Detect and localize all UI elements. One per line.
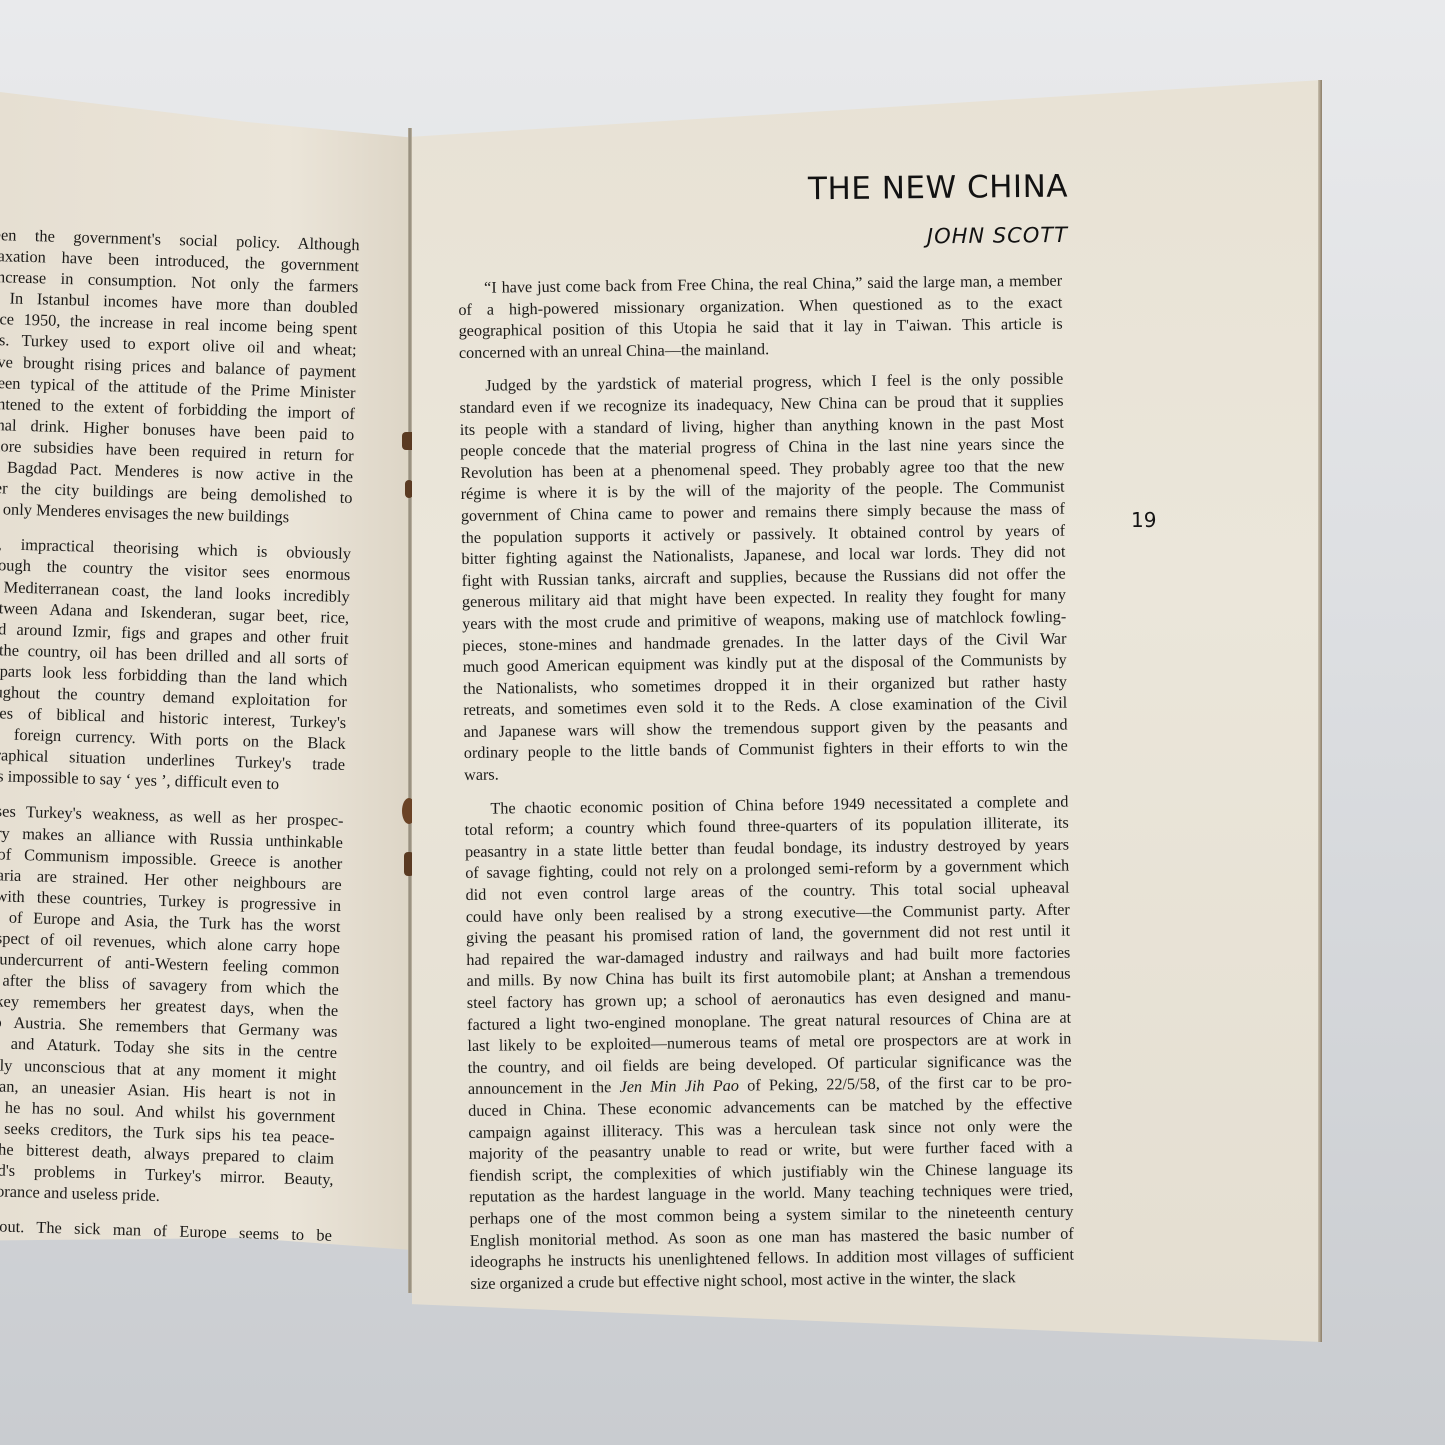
article-body: “I have just come back from Free China, … xyxy=(458,271,1074,1302)
article-title: THE NEW CHINA xyxy=(790,169,1068,208)
paragraph: Judged by the yardstick of material prog… xyxy=(459,369,1068,787)
page-number: 19 xyxy=(1131,508,1156,532)
right-page-edge xyxy=(1318,80,1322,1342)
left-page-text: een the government's social policy. Alth… xyxy=(0,224,360,1292)
book-spine xyxy=(408,128,412,1293)
paragraph: The chaotic economic position of China b… xyxy=(464,791,1074,1295)
paragraph: red out. The sick man of Europe seems to… xyxy=(0,1215,332,1292)
paragraph: re, impractical theorising which is obvi… xyxy=(0,533,351,796)
staple-top-2 xyxy=(405,480,413,498)
text-line: ch unlikely, there are only two things w… xyxy=(0,1257,331,1288)
paragraph: “I have just come back from Free China, … xyxy=(458,271,1063,365)
paragraph: een the government's social policy. Alth… xyxy=(0,224,360,529)
text-line: hich would solve the financial problems,… xyxy=(0,1278,330,1292)
article-author: JOHN SCOTT xyxy=(850,223,1068,249)
newspaper-name: Jen Min Jih Pao xyxy=(619,1077,739,1096)
paragraph: asises Turkey's weakness, as well as her… xyxy=(0,800,344,1211)
text-line: m. Since historical and national charact… xyxy=(0,1236,332,1267)
left-page: een the government's social policy. Alth… xyxy=(0,92,412,1292)
